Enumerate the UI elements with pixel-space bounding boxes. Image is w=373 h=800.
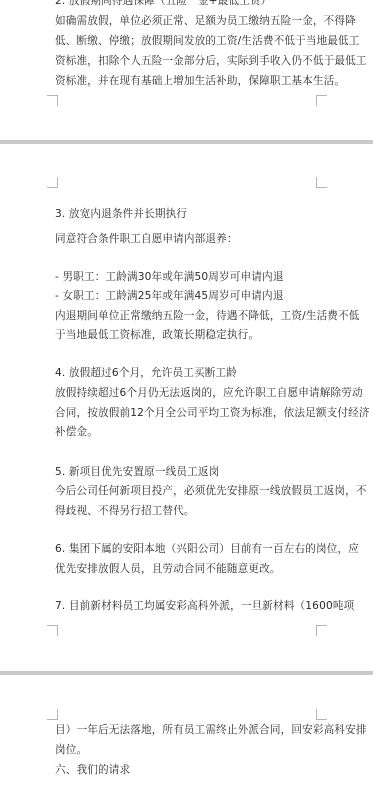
paragraph-line: 优先安排放假人员，且劳动合同不能随意更改。 (55, 562, 281, 576)
crop-mark-bottom-right (316, 625, 327, 636)
bullet-female-staff: - 女职工：工龄满25年或年满45周岁可申请内退 (55, 289, 283, 303)
paragraph-line: 资标准，扣除个人五险一金部分后，实际到手收入仍不低于最低工 (55, 54, 367, 68)
paragraph-line: 低、断缴、停缴；放假期间发放的工资/生活费不低于当地最低工 (55, 34, 360, 48)
paragraph-line: 于当地最低工资标准，政策长期稳定执行。 (55, 328, 259, 342)
paragraph-line: 放假持续超过6个月仍无法返岗的，应允许职工自愿申请解除劳动 (55, 386, 363, 400)
clipped-heading-container: 2. 放假期间待遇保障（五险一金+最低工资） (0, 0, 373, 8)
paragraph-line: 补偿金。 (55, 425, 98, 439)
paragraph-line: 目）一年后无法落地，所有员工需终止外派合同，回安彩高科安排 (55, 723, 367, 737)
crop-mark-top-left (47, 177, 58, 188)
paragraph-line: 得歧视、不得另行招工替代。 (55, 504, 195, 518)
paragraph-line: 资标准，并在现有基础上增加生活补助，保障职工基本生活。 (55, 74, 345, 88)
paragraph-line: 岗位。 (55, 743, 87, 757)
paragraph-line: 合同，按放假前12个月全公司平均工资为标准，依法足额支付经济 (55, 406, 370, 420)
section-6-heading: 六、我们的请求 (55, 763, 130, 777)
crop-mark-bottom-left (47, 95, 58, 106)
section-4-heading: 4. 放假超过6个月，允许员工买断工龄 (55, 366, 237, 380)
item-6-line: 6. 集团下属的安阳本地（兴阳公司）目前有一百左右的岗位，应 (55, 542, 359, 556)
item-7-line: 7. 目前新材料员工均属安彩高科外派，一旦新材料（1600吨项 (55, 599, 354, 613)
crop-mark-bottom-right (316, 95, 327, 106)
paragraph-line: 今后公司任何新项目投产，必须优先安排原一线放假员工返岗，不 (55, 484, 367, 498)
paragraph-line: 同意符合条件职工自愿申请内部退养： (55, 232, 238, 246)
page-1: 2. 放假期间待遇保障（五险一金+最低工资） 如确需放假，单位必须正常、足额为员… (0, 0, 373, 140)
page-2: 3. 放宽内退条件并长期执行 同意符合条件职工自愿申请内部退养： - 男职工：工… (0, 144, 373, 671)
crop-mark-top-right (316, 709, 327, 720)
section-2-heading: 2. 放假期间待遇保障（五险一金+最低工资） (55, 0, 271, 8)
document-viewport[interactable]: 2. 放假期间待遇保障（五险一金+最低工资） 如确需放假，单位必须正常、足额为员… (0, 0, 373, 800)
paragraph-line: 内退期间单位正常缴纳五险一金，待遇不降低，工资/生活费不低 (55, 309, 360, 323)
paragraph-line: 如确需放假，单位必须正常、足额为员工缴纳五险一金，不得降 (55, 14, 356, 28)
bullet-male-staff: - 男职工：工龄满30年或年满50周岁可申请内退 (55, 270, 283, 284)
section-5-heading: 5. 新项目优先安置原一线员工返岗 (55, 465, 219, 479)
page-3: 目）一年后无法落地，所有员工需终止外派合同，回安彩高科安排 岗位。 六、我们的请… (0, 675, 373, 800)
crop-mark-bottom-left (47, 625, 58, 636)
crop-mark-top-left (47, 709, 58, 720)
crop-mark-top-right (316, 177, 327, 188)
section-3-heading: 3. 放宽内退条件并长期执行 (55, 207, 187, 221)
